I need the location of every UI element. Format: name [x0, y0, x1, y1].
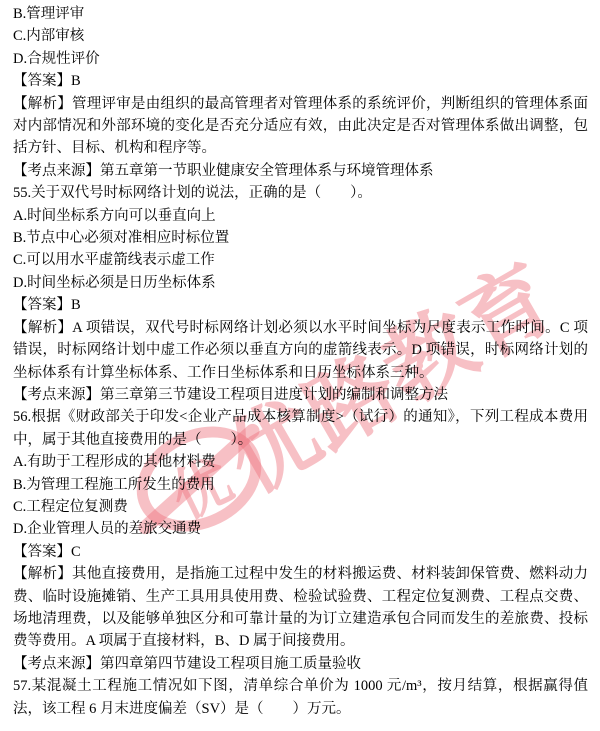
q56-answer: 【答案】C: [13, 541, 588, 563]
q54-answer: 【答案】B: [13, 70, 588, 92]
q55-option-d: D.时间坐标必须是日历坐标体系: [13, 272, 588, 294]
exam-content: B.管理评审 C.内部审核 D.合规性评价 【答案】B 【解析】管理评审是由组织…: [0, 0, 600, 720]
q55-option-a: A.时间坐标系方向可以垂直向上: [13, 205, 588, 227]
document-page: 优 优路教育 B.管理评审 C.内部审核 D.合规性评价 【答案】B 【解析】管…: [0, 0, 600, 731]
q56-option-c: C.工程定位复测费: [13, 496, 588, 518]
q55-answer: 【答案】B: [13, 294, 588, 316]
q56-option-d: D.企业管理人员的差旅交通费: [13, 518, 588, 540]
q54-source: 【考点来源】第五章第一节职业健康安全管理体系与环境管理体系: [13, 160, 588, 182]
q56-option-b: B.为管理工程施工所发生的费用: [13, 474, 588, 496]
q55-source: 【考点来源】第三章第三节建设工程项目进度计划的编制和调整方法: [13, 384, 588, 406]
q56-option-a: A.有助于工程形成的其他材料费: [13, 451, 588, 473]
q55-option-b: B.节点中心必须对准相应时标位置: [13, 227, 588, 249]
q54-option-c: C.内部审核: [13, 25, 588, 47]
q55-stem: 55.关于双代号时标网络计划的说法，正确的是（ ）。: [13, 182, 588, 204]
q56-analysis: 【解析】其他直接费用，是指施工过程中发生的材料搬运费、材料装卸保管费、燃料动力费…: [13, 563, 588, 653]
q54-option-b: B.管理评审: [13, 3, 588, 25]
q57-stem: 57.某混凝土工程施工情况如下图，清单综合单价为 1000 元/m³，按月结算，…: [13, 675, 588, 720]
q56-stem: 56.根据《财政部关于印发<企业产品成本核算制度>（试行）的通知》，下列工程成本…: [13, 406, 588, 451]
q54-option-d: D.合规性评价: [13, 48, 588, 70]
q55-analysis: 【解析】A 项错误，双代号时标网络计划必须以水平时间坐标为尺度表示工作时间。C …: [13, 317, 588, 384]
q54-analysis: 【解析】管理评审是由组织的最高管理者对管理体系的系统评价，判断组织的管理体系面对…: [13, 93, 588, 160]
q56-source: 【考点来源】第四章第四节建设工程项目施工质量验收: [13, 653, 588, 675]
q55-option-c: C.可以用水平虚箭线表示虚工作: [13, 249, 588, 271]
